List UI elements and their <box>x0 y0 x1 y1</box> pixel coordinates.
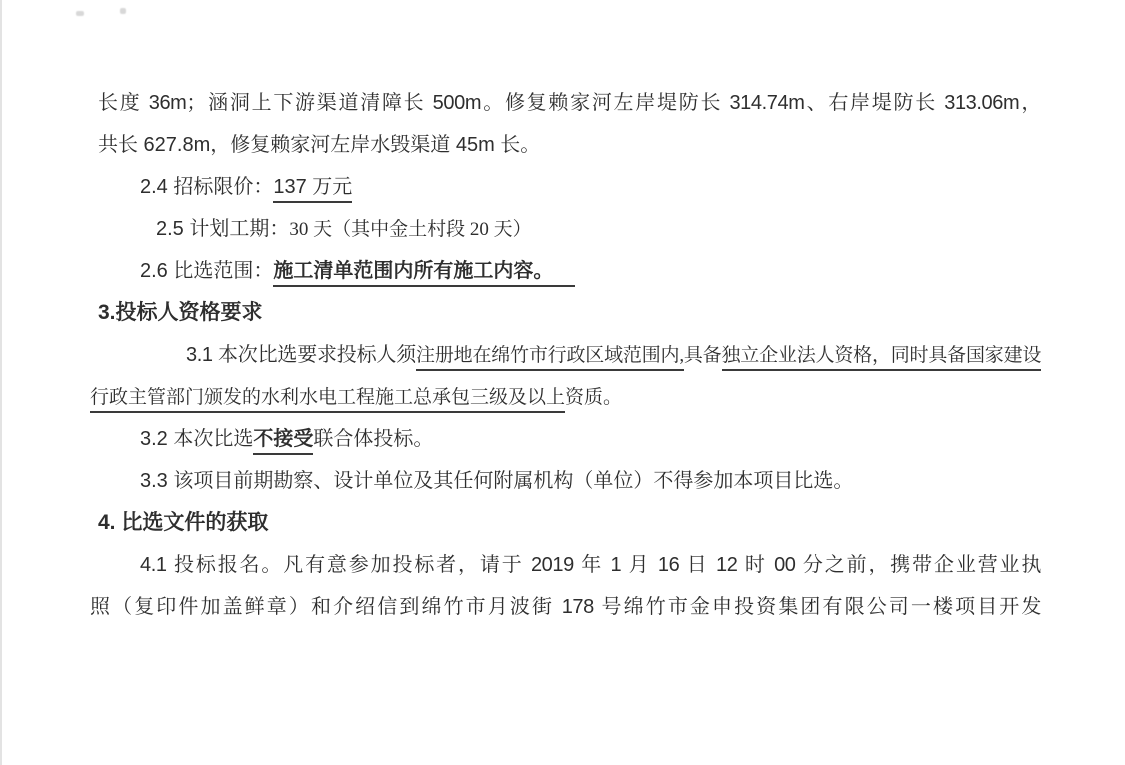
scanned-document-page: { "page": { "background": "#ffffff", "te… <box>0 0 1125 765</box>
item-2-5-planned-duration: 2.5 计划工期：30 天（其中金土村段 20 天） <box>156 208 1041 250</box>
item-3-3-excluded-parties: 3.3 该项目前期勘察、设计单位及其任何附属机构（单位）不得参加本项目比选。 <box>140 460 1041 502</box>
text-run: 4. 比选文件的获取 <box>98 511 268 534</box>
text-run: 3.投标人资格要求 <box>98 301 263 324</box>
item-3-2-no-consortium: 3.2 本次比选不接受联合体投标。 <box>140 418 1041 460</box>
text-run: 注册地在绵竹市行政区域范围内, <box>416 345 684 371</box>
scan-speck <box>120 8 126 14</box>
scan-speck <box>76 11 84 16</box>
text-run: 137 万元 <box>273 176 352 203</box>
item-2-6-comparison-scope: 2.6 比选范围：施工清单范围内所有施工内容。 <box>140 250 1041 292</box>
text-run: 3.3 该项目前期勘察、设计单位及其任何附属机构（单位）不得参加本项目比选。 <box>140 470 853 492</box>
text-run: 2.5 计划工期： <box>156 218 289 240</box>
page-background: 长度 36m；涵洞上下游渠道清障长 500m。修复赖家河左岸堤防长 314.74… <box>2 0 1125 765</box>
text-run: 2.6 比选范围： <box>140 260 273 282</box>
section-4-heading-document-acquisition: 4. 比选文件的获取 <box>98 502 1041 544</box>
text-run: 3.1 本次比选要求投标人须 <box>186 344 416 366</box>
text-run: 3.2 本次比选 <box>140 428 253 450</box>
text-run: 独立企业法人资格，同时具备国家建设 <box>722 345 1042 371</box>
text-run: 30 天（其中金土村段 20 天） <box>289 219 531 240</box>
text-run: 联合体投标。 <box>313 428 433 450</box>
scope-paragraph-line-2: 共长 627.8m，修复赖家河左岸水毁渠道 45m 长。 <box>98 124 1041 166</box>
text-run: 照（复印件加盖鲜章）和介绍信到绵竹市月波街 178 号绵竹市金申投资集团有限公司… <box>90 596 1041 618</box>
text-run: 长度 36m；涵洞上下游渠道清障长 500m。修复赖家河左岸堤防长 314.74… <box>98 92 1041 114</box>
item-4-1-line-1: 4.1 投标报名。凡有意参加投标者，请于 2019 年 1 月 16 日 12 … <box>140 544 1041 586</box>
text-run: 具备 <box>684 345 722 366</box>
scope-paragraph-line-1: 长度 36m；涵洞上下游渠道清障长 500m。修复赖家河左岸堤防长 314.74… <box>98 82 1041 124</box>
text-run: 2.4 招标限价： <box>140 176 273 198</box>
item-2-4-bid-price-limit: 2.4 招标限价：137 万元 <box>140 166 1041 208</box>
section-3-heading-bidder-qualification: 3.投标人资格要求 <box>98 292 1041 334</box>
text-run: 不接受 <box>253 428 313 455</box>
text-run: 行政主管部门颁发的水利水电工程施工总承包三级及以上 <box>90 387 565 413</box>
document-body: 长度 36m；涵洞上下游渠道清障长 500m。修复赖家河左岸堤防长 314.74… <box>2 82 1125 628</box>
text-run: 共长 627.8m，修复赖家河左岸水毁渠道 45m 长。 <box>98 134 540 156</box>
item-3-1-line-2: 行政主管部门颁发的水利水电工程施工总承包三级及以上资质。 <box>90 376 1041 418</box>
text-run: 资质。 <box>565 387 622 408</box>
text-run: 施工清单范围内所有施工内容。 <box>273 260 575 287</box>
text-run: 4.1 投标报名。凡有意参加投标者，请于 2019 年 1 月 16 日 12 … <box>140 554 1041 576</box>
item-4-1-line-2: 照（复印件加盖鲜章）和介绍信到绵竹市月波街 178 号绵竹市金申投资集团有限公司… <box>90 586 1041 628</box>
item-3-1-line-1: 3.1 本次比选要求投标人须注册地在绵竹市行政区域范围内,具备独立企业法人资格，… <box>186 334 1041 376</box>
